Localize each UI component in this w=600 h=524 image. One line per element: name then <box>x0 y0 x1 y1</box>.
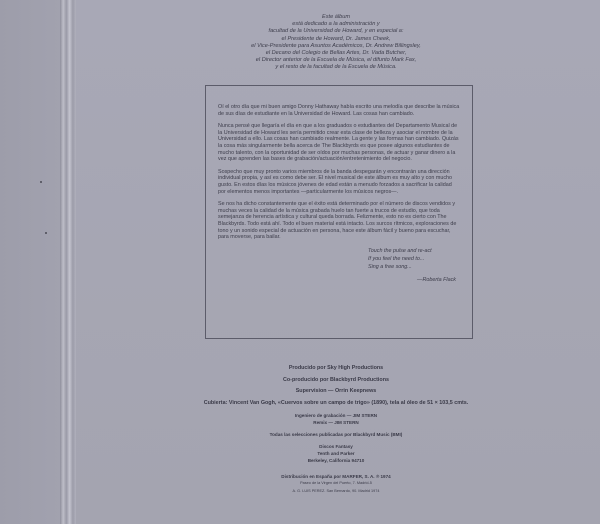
dedication-line: el Decano del Colegio de Bellas Artes, D… <box>186 50 486 57</box>
liner-paragraph: Nunca pensé que llegaría el día en que a… <box>218 123 460 163</box>
dedication-line: el Director anterior de la Escuela de Mú… <box>186 57 486 64</box>
quote: Touch the pulse and re-act If you feel t… <box>368 247 460 271</box>
dedication-line: Este álbum <box>186 14 486 21</box>
dedication-line: el Vice-Presidente para Asuntos Académic… <box>186 43 486 50</box>
dedication-line: facultad de la Universidad de Howard, y … <box>186 28 486 35</box>
quote-line: Touch the pulse and re-act <box>368 247 460 255</box>
liner-paragraph: Se nos ha dicho constantemente que el éx… <box>218 201 460 241</box>
credit-cover: Cubierta: Vincent Van Gogh, «Cuervos sob… <box>116 398 556 410</box>
liner-paragraph: Oí el otro día que mi buen amigo Donny H… <box>218 104 460 117</box>
distributor-address: Paseo de la Virgen del Puerto, 7. Madrid… <box>116 480 556 486</box>
signature: —Roberta Flack <box>218 277 460 284</box>
credit-supervision: Supervision — Orrin Keepnews <box>116 386 556 398</box>
gatefold-spine <box>60 0 76 524</box>
dedication-line: el Presidente de Howard, Dr. James Cheek… <box>186 36 486 43</box>
blemish <box>40 181 42 183</box>
dedication: Este álbum está dedicado a la administra… <box>186 14 486 72</box>
quote-line: If you feel the need to... <box>368 255 460 263</box>
left-cover-panel <box>0 0 63 524</box>
credits: Producido por Sky High Productions Co-pr… <box>116 363 556 494</box>
credit-engineer: Ingeniero de grabación — JIM STERN <box>116 412 556 419</box>
liner-notes-box: Oí el otro día que mi buen amigo Donny H… <box>205 85 473 339</box>
printer-line: A. G. LUIS PEREZ. San Bernardo, 90. Madr… <box>116 488 556 494</box>
credit-remix: Remix — JIM STERN <box>116 419 556 426</box>
dedication-line: está dedicado a la administración y <box>186 21 486 28</box>
label-street: Tenth and Parker <box>116 450 556 457</box>
inner-sleeve-page: Este álbum está dedicado a la administra… <box>76 0 600 524</box>
credit-coproducer: Co-producido por Blackbyrd Productions <box>116 375 556 387</box>
quote-line: Sing a free song... <box>368 263 460 271</box>
credit-publishing: Todas las selecciones publicadas por Bla… <box>116 431 556 438</box>
distribution: Distribución en España por MARFER, S. A.… <box>116 473 556 480</box>
label-city: Berkeley, California 94710 <box>116 457 556 464</box>
dedication-line: y el resto de la facultad de la Escuela … <box>186 64 486 71</box>
blemish <box>45 232 47 234</box>
credit-producer: Producido por Sky High Productions <box>116 363 556 375</box>
liner-paragraph: Sospecho que muy pronto varios miembros … <box>218 169 460 195</box>
label-name: Discos Fantasy <box>116 443 556 450</box>
